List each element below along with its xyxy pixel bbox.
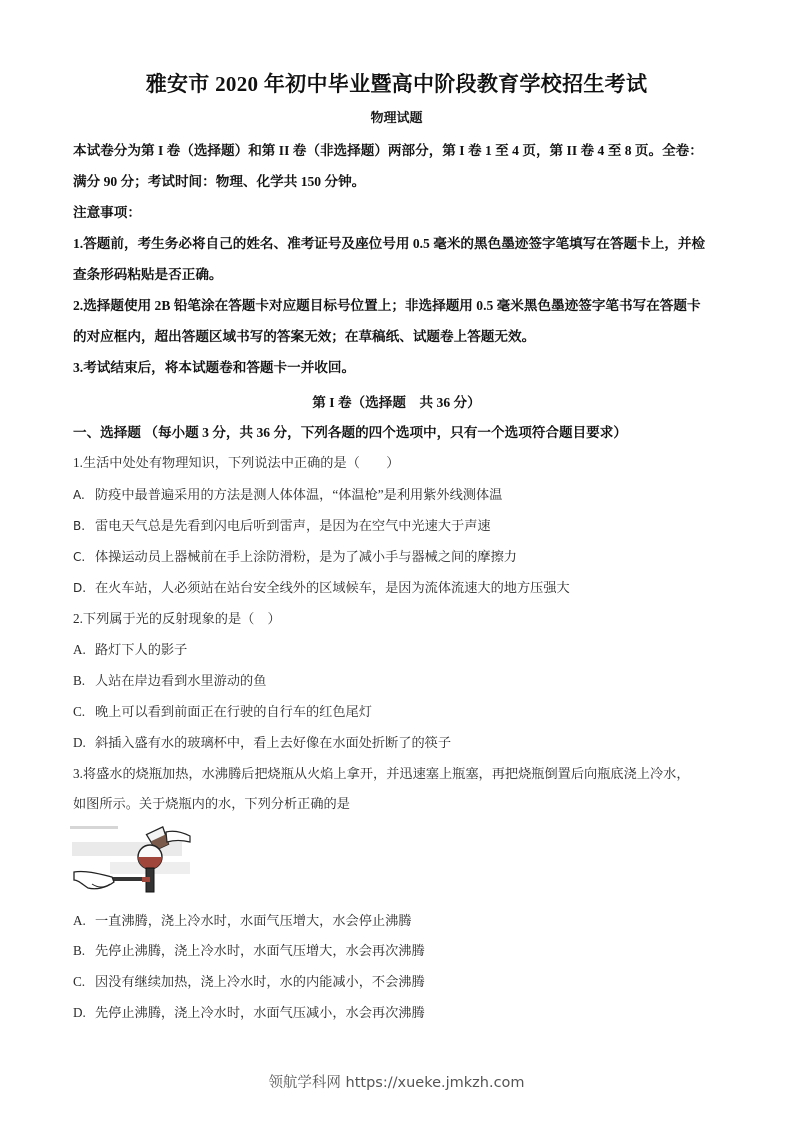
exam-title: 雅安市 2020 年初中毕业暨高中阶段教育学校招生考试: [0, 68, 793, 98]
option-text: 防疫中最普遍采用的方法是测人体体温，“体温枪”是利用紫外线测体温: [95, 487, 502, 502]
intro-line-2: 满分 90 分；考试时间：物理、化学共 150 分钟。: [73, 170, 365, 190]
option-text: 在火车站，人必须站在站台安全线外的区域候车，是因为流体流速大的地方压强大: [95, 580, 570, 595]
question-1-option-c: C.体操运动员上器械前在手上涂防滑粉，是为了减小手与器械之间的摩擦力: [73, 546, 517, 565]
option-label: B.: [73, 943, 95, 959]
question-3-option-b: B.先停止沸腾，浇上冷水时，水面气压增大，水会再次沸腾: [73, 940, 425, 959]
option-text: 因没有继续加热，浇上冷水时，水的内能减小，不会沸腾: [95, 974, 425, 989]
question-1-option-a: A.防疫中最普遍采用的方法是测人体体温，“体温枪”是利用紫外线测体温: [73, 484, 502, 503]
exam-page: 雅安市 2020 年初中毕业暨高中阶段教育学校招生考试 物理试题 本试卷分为第 …: [0, 0, 793, 1122]
option-label: D.: [73, 1005, 95, 1021]
option-label: D.: [73, 581, 95, 595]
notes-heading: 注意事项：: [73, 201, 141, 221]
option-text: 先停止沸腾，浇上冷水时，水面气压减小，水会再次沸腾: [95, 1005, 425, 1020]
question-2-stem: 2.下列属于光的反射现象的是（ ）: [73, 608, 281, 627]
question-2-option-a: A.路灯下人的影子: [73, 639, 187, 658]
section-instruction: 一、选择题 （每小题 3 分，共 36 分，下列各题的四个选项中，只有一个选项符…: [73, 421, 627, 441]
question-3-option-d: D.先停止沸腾，浇上冷水时，水面气压减小，水会再次沸腾: [73, 1002, 425, 1021]
option-text: 雷电天气总是先看到闪电后听到雷声，是因为在空气中光速大于声速: [95, 518, 491, 533]
question-2-option-d: D.斜插入盛有水的玻璃杯中，看上去好像在水面处折断了的筷子: [73, 732, 451, 751]
option-text: 晚上可以看到前面正在行驶的自行车的红色尾灯: [95, 704, 372, 719]
option-label: A.: [73, 642, 95, 658]
option-label: C.: [73, 550, 95, 564]
section-title: 第 I 卷（选择题 共 36 分）: [0, 391, 793, 411]
option-label: C.: [73, 704, 95, 720]
note-2-line-2: 的对应框内，超出答题区域书写的答案无效；在草稿纸、试题卷上答题无效。: [73, 325, 535, 345]
question-3-option-c: C.因没有继续加热，浇上冷水时，水的内能减小，不会沸腾: [73, 971, 425, 990]
option-label: A.: [73, 913, 95, 929]
note-1-line-2: 查条形码粘贴是否正确。: [73, 263, 223, 283]
intro-line-1: 本试卷分为第 I 卷（选择题）和第 II 卷（非选择题）两部分，第 I 卷 1 …: [73, 139, 703, 159]
question-2-option-b: B.人站在岸边看到水里游动的鱼: [73, 670, 266, 689]
option-text: 路灯下人的影子: [95, 642, 187, 657]
footer-watermark: 领航学科网 https://xueke.jmkzh.com: [0, 1071, 793, 1092]
question-3-stem-line-1: 3.将盛水的烧瓶加热，水沸腾后把烧瓶从火焰上拿开，并迅速塞上瓶塞，再把烧瓶倒置后…: [73, 763, 690, 782]
question-2-option-c: C.晚上可以看到前面正在行驶的自行车的红色尾灯: [73, 701, 372, 720]
option-text: 斜插入盛有水的玻璃杯中，看上去好像在水面处折断了的筷子: [95, 735, 451, 750]
note-3-line-1: 3.考试结束后，将本试题卷和答题卡一并收回。: [73, 356, 355, 376]
option-label: C.: [73, 974, 95, 990]
option-text: 体操运动员上器械前在手上涂防滑粉，是为了减小手与器械之间的摩擦力: [95, 549, 517, 564]
option-label: B.: [73, 519, 95, 533]
question-1-stem: 1.生活中处处有物理知识，下列说法中正确的是（ ）: [73, 452, 399, 471]
note-1-line-1: 1.答题前，考生务必将自己的姓名、准考证号及座位号用 0.5 毫米的黑色墨迹签字…: [73, 232, 705, 252]
question-3-stem-line-2: 如图所示。关于烧瓶内的水，下列分析正确的是: [73, 793, 350, 812]
question-1-option-d: D.在火车站，人必须站在站台安全线外的区域候车，是因为流体流速大的地方压强大: [73, 577, 570, 596]
option-text: 一直沸腾，浇上冷水时，水面气压增大，水会停止沸腾: [95, 913, 412, 928]
option-label: D.: [73, 735, 95, 751]
note-2-line-1: 2.选择题使用 2B 铅笔涂在答题卡对应题目标号位置上；非选择题用 0.5 毫米…: [73, 294, 701, 314]
option-text: 先停止沸腾，浇上冷水时，水面气压增大，水会再次沸腾: [95, 943, 425, 958]
question-3-option-a: A.一直沸腾，浇上冷水时，水面气压增大，水会停止沸腾: [73, 910, 412, 929]
exam-subtitle: 物理试题: [0, 107, 793, 126]
option-label: B.: [73, 673, 95, 689]
option-text: 人站在岸边看到水里游动的鱼: [95, 673, 266, 688]
question-1-option-b: B.雷电天气总是先看到闪电后听到雷声，是因为在空气中光速大于声速: [73, 515, 491, 534]
option-label: A.: [73, 488, 95, 502]
flask-pouring-cold-water-illustration: [70, 822, 195, 900]
